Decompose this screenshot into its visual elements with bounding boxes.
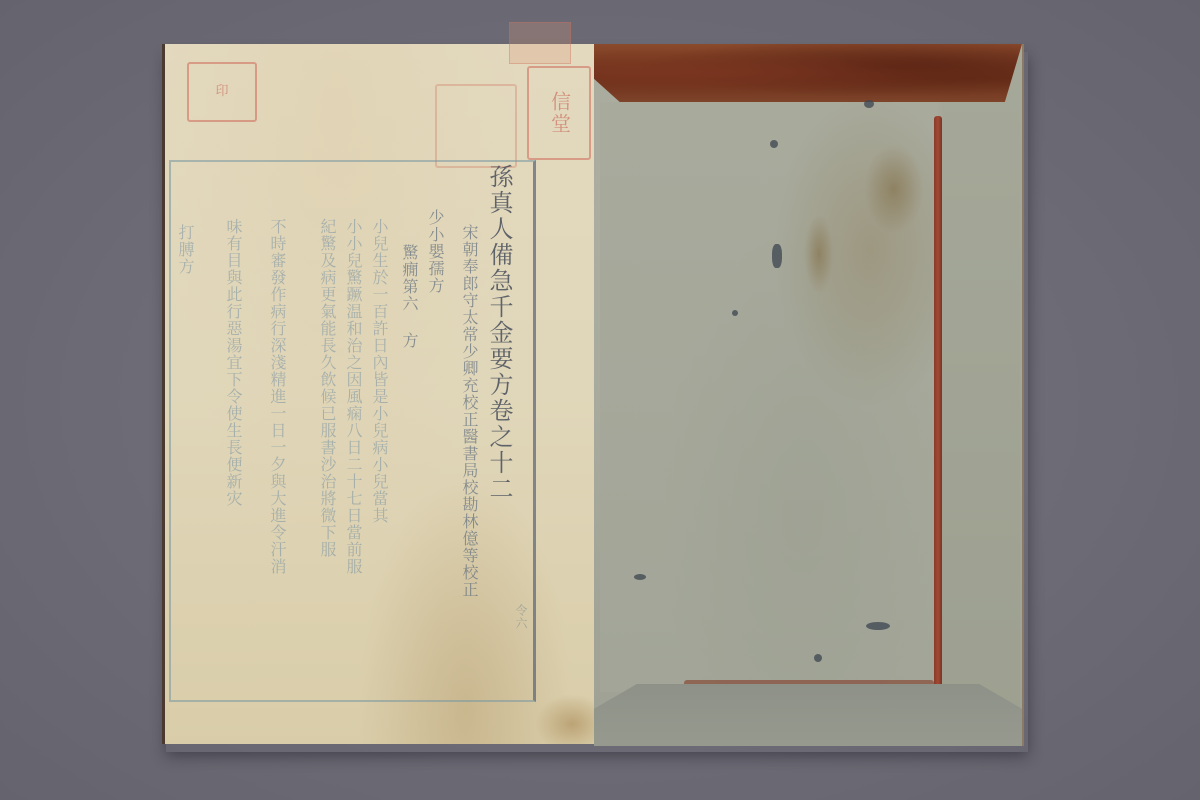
seal-right-text: 信堂 — [549, 91, 570, 135]
section-heading: 少小嬰孺方 — [427, 209, 443, 294]
body-column-5: 味有目與此行惡湯宜下令使生長便新灾 — [225, 218, 241, 507]
fiber-fleck — [770, 140, 778, 148]
title-column: 孫真人備急千金要方卷之十二 — [487, 164, 511, 502]
page-note: 令六 — [515, 604, 527, 630]
right-fold-flap — [942, 60, 1020, 736]
seal-stamp-left: 印 — [187, 62, 257, 122]
body-column-1: 小兒生於一百許日內皆是小兒病小兒當其 — [371, 218, 387, 524]
fiber-fleck — [814, 654, 822, 662]
seal-stamp-mid — [435, 84, 517, 168]
body-column-3: 紀驚及病更氣能長久飲候已服書沙治將微下服 — [319, 218, 335, 558]
left-page: 印 信堂 孫真人備急千金要方卷之十二 宋朝奉郎守太常少卿充校正醫書局校勘林億等校… — [162, 44, 594, 744]
fiber-fleck — [732, 310, 738, 316]
fiber-fleck — [866, 622, 890, 630]
paper-stain — [535, 694, 597, 744]
bottom-fold-flap — [594, 684, 1022, 746]
red-paper-strip — [934, 116, 942, 716]
editor-column: 宋朝奉郎守太常少卿充校正醫書局校勘林億等校正 — [461, 224, 477, 598]
fiber-fleck — [772, 244, 782, 268]
fiber-fleck — [864, 100, 874, 108]
seal-left-text: 印 — [215, 85, 228, 99]
body-column-4: 不時審發作病行深淺精進一日一夕與大進令汗消 — [269, 218, 285, 575]
body-column-2: 小小兒驚蹶温和治之因風痫八日二十七日當前服 — [345, 218, 361, 575]
seal-stamp-right: 信堂 — [527, 66, 591, 160]
right-page-cover — [594, 44, 1024, 746]
brown-paper-band — [594, 44, 1022, 102]
margin-column: 打膊方 — [177, 224, 193, 275]
stain-mark — [864, 144, 924, 234]
chapter-heading: 驚癇第六 方 — [401, 244, 417, 349]
seal-top-faded — [509, 22, 571, 64]
stain-mark — [804, 214, 834, 294]
fiber-fleck — [634, 574, 646, 580]
